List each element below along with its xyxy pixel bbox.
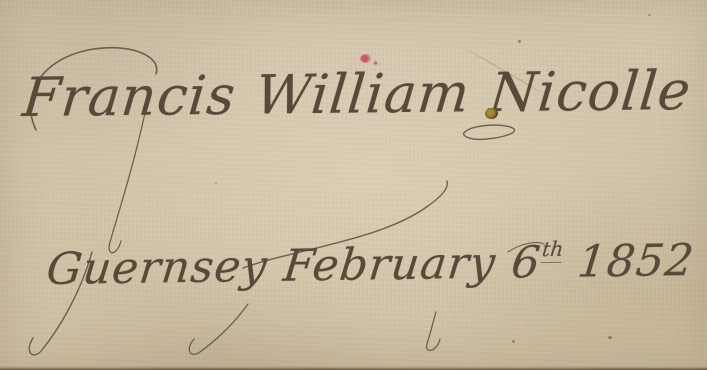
paper-texture (0, 0, 707, 370)
manuscript-page: Francis William Nicolle Guernsey Februar… (0, 0, 707, 370)
paper-speck (215, 182, 217, 184)
page-bottom-edge-shadow (0, 366, 707, 370)
day-ordinal: th (541, 237, 565, 263)
day-number: 6 (509, 237, 544, 288)
year-text: 1852 (575, 235, 697, 288)
paper-speck (512, 340, 515, 343)
signature-first-name: Francis (20, 64, 239, 129)
paper-speck (518, 40, 521, 43)
signature-middle-name: William (253, 61, 473, 126)
month-text: February (281, 238, 499, 292)
paper-speck (608, 336, 612, 339)
paper-speck (648, 14, 651, 16)
flourish-strokes (0, 0, 707, 370)
signature-last-name: Nicolle (487, 59, 694, 124)
day-group: 6th (509, 237, 565, 289)
signature-line: Francis William Nicolle (20, 59, 694, 129)
place-text: Guernsey (44, 241, 270, 295)
date-line: Guernsey February 6th 1852 (44, 235, 697, 295)
